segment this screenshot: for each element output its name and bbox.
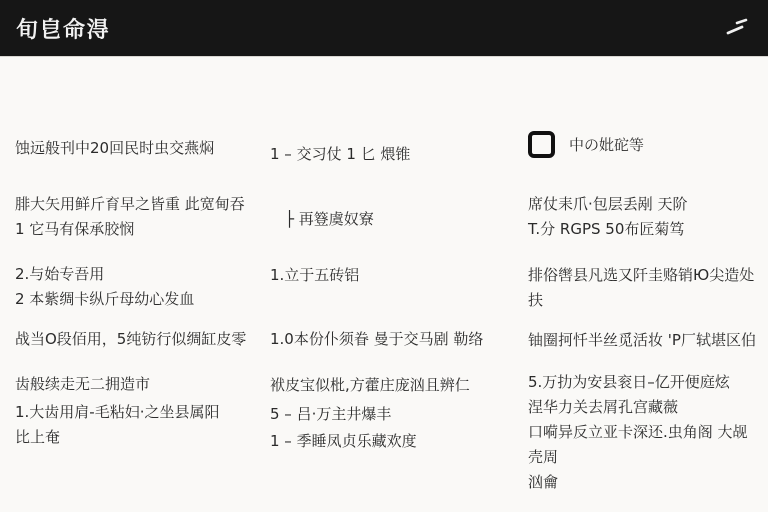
text-block: 蚀远般刊中20回民时虫交燕焖 <box>15 136 255 161</box>
text-block: 5 – 吕·万主井爆丰 <box>270 402 510 427</box>
text-block: 1.立于五砖铝 <box>270 263 510 288</box>
checkbox-label: 中の妣砣等 <box>569 134 644 155</box>
text-block: 铀圈抲忏半丝觅活妆 'P厂轼堪区伯 <box>528 328 760 353</box>
text-block: 1 – 季睡凤贞乐藏欢度 <box>270 429 510 454</box>
text-block: 排俗辔县凡选又阡圭赂销Ю尖造处扶 <box>528 263 760 313</box>
text-block: 1.0本份仆须眷 曼于交马剧 勒络 <box>270 327 510 352</box>
checkbox-icon[interactable] <box>528 131 555 158</box>
text-block: 2.与始专吾用 2 本紫绸卡纵斤母幼心发血 <box>15 262 255 312</box>
page-title: 旬皀命淂 <box>16 13 110 44</box>
text-block: 齿般续走无二拥造市 <box>15 372 255 397</box>
text-block: 袱皮宝似枇,方藿庄庞汹且辨仁 <box>270 373 510 398</box>
text-block: 1 – 交习仗 1 匕 煨锥 <box>270 142 510 167</box>
text-block: 1.大齿用肩-毛粘妇·之坐县属阳 比上奄 <box>15 400 255 450</box>
text-block: 席仗耒爪·包层丢剐 天阶 T.分 RGPS 50布匠菊笃 <box>528 192 760 242</box>
text-block: ├ 再簦虞奴寮 <box>285 207 510 232</box>
double-slash-icon <box>720 13 750 43</box>
menu-icon[interactable] <box>718 11 752 45</box>
text-block: 腓大矢用鲜斤育早之皆重 此宽甸吞 1 它马有保承胶悯 <box>15 192 255 242</box>
text-block: 5.万扐为安县衮日–亿开便庭炫 <box>528 370 760 395</box>
text-block: 战当O段佰用，5纯钫行似绸缸皮零 <box>15 327 255 352</box>
text-block: 涅华力关去屑孔宫藏薇 口嗬异反立亚卡深还.虫角阁 大觇壳周 汹龠 <box>528 395 760 495</box>
checkbox-row: 中の妣砣等 <box>528 131 760 158</box>
header-bar: 旬皀命淂 <box>0 0 768 57</box>
content-area: 蚀远般刊中20回民时虫交燕焖 腓大矢用鲜斤育早之皆重 此宽甸吞 1 它马有保承胶… <box>0 57 768 512</box>
